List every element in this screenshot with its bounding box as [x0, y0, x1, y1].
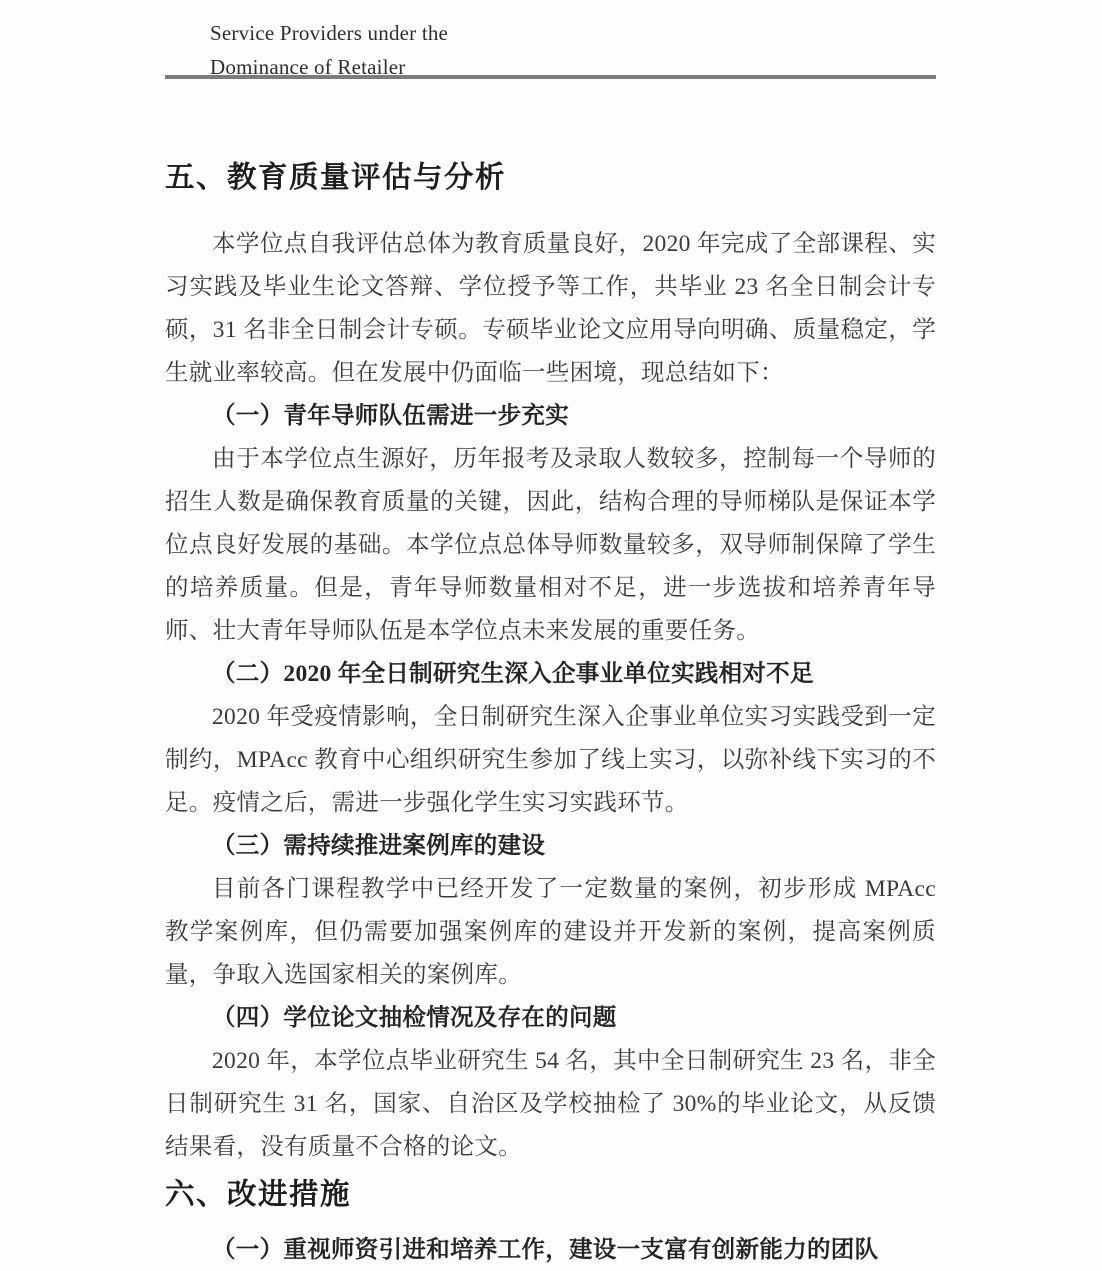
subsection-5-3-paragraph: 目前各门课程教学中已经开发了一定数量的案例，初步形成 MPAcc 教学案例库，但… [165, 868, 936, 997]
subsection-5-3-heading: （三）需持续推进案例库的建设 [165, 825, 936, 868]
subsection-5-4-paragraph: 2020 年，本学位点毕业研究生 54 名，其中全日制研究生 23 名，非全日制… [165, 1040, 936, 1169]
document-page: Service Providers under the Dominance of… [0, 0, 1102, 1271]
running-header: Service Providers under the Dominance of… [210, 16, 936, 84]
subsection-6-1-heading: （一）重视师资引进和培养工作，建设一支富有创新能力的团队 [165, 1229, 936, 1271]
section-5-heading: 五、教育质量评估与分析 [165, 160, 936, 196]
subsection-5-1-heading: （一）青年导师队伍需进一步充实 [165, 395, 936, 438]
page-content-column: Service Providers under the Dominance of… [165, 0, 936, 1271]
subsection-5-2-heading: （二）2020 年全日制研究生深入企事业单位实践相对不足 [165, 653, 936, 696]
subsection-5-4-heading: （四）学位论文抽检情况及存在的问题 [165, 997, 936, 1040]
subsection-5-1-paragraph: 由于本学位点生源好，历年报考及录取人数较多，控制每一个导师的招生人数是确保教育质… [165, 438, 936, 653]
section-5-intro-paragraph: 本学位点自我评估总体为教育质量良好，2020 年完成了全部课程、实习实践及毕业生… [165, 223, 936, 395]
section-6-heading: 六、改进措施 [165, 1177, 936, 1213]
running-header-line-1: Service Providers under the [210, 16, 936, 50]
subsection-5-2-paragraph: 2020 年受疫情影响，全日制研究生深入企事业单位实习实践受到一定制约，MPAc… [165, 696, 936, 825]
